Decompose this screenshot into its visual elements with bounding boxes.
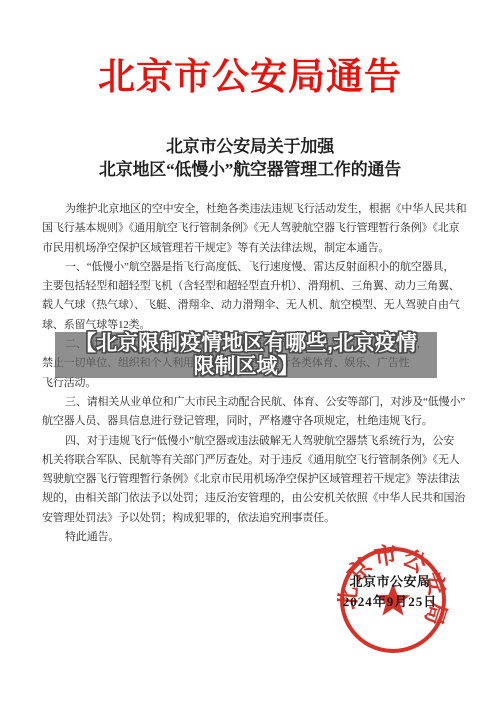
body-line: 规的，由相关部门依法予以处罚；违反治安管理的，由公安机关依照《中华人民共和国治 — [42, 489, 466, 508]
watermark-line2: 限制区域】 — [55, 355, 437, 378]
body-line: 为维护北京地区的空中安全，杜绝各类违法违规飞行活动发生，根据《中华人民共和 — [42, 200, 466, 219]
body-line: 国飞行基本规则》《通用航空飞行管制条例》《无人驾驶航空器飞行管理暂行条例》《北京 — [42, 219, 466, 238]
notice-subtitle: 北京市公安局关于加强 北京地区“低慢小”航空器管理工作的通告 — [0, 135, 500, 181]
body-line: 三、请相关从业单位和广大市民主动配合民航、体育、公安等部门，对涉及“低慢小” — [42, 393, 466, 412]
body-line: 四、对于违规飞行“低慢小”航空器或违法破解无人驾驶航空器禁飞系统行为，公安 — [42, 432, 466, 451]
watermark-line1: 【北京限制疫情地区有哪些,北京疫情 — [55, 332, 437, 355]
body-line: 主要包括轻型和超轻型飞机（含轻型和超轻型直升机）、滑翔机、三角翼、动力三角翼、 — [42, 277, 466, 296]
body-line: 机关将联合军队、民航等有关部门严厉查处。对于违反《通用航空飞行管制条例》《无人 — [42, 451, 466, 470]
signature-date: 2024年9月25日 — [331, 591, 449, 610]
notice-subtitle-line2: 北京地区“低慢小”航空器管理工作的通告 — [0, 158, 500, 181]
body-line: 载人气球（热气球）、飞艇、滑翔伞、动力滑翔伞、无人机、航空模型、无人驾驶自由气 — [42, 296, 466, 315]
notice-title: 北京市公安局通告 — [0, 57, 500, 99]
body-line: 驾驶航空器飞行管理暂行条例》《北京市民用机场净空保护区域管理若干规定》等法律法 — [42, 470, 466, 489]
body-line: 一、“低慢小”航空器是指飞行高度低、飞行速度慢、雷达反射面积小的航空器具， — [42, 258, 466, 277]
body-line: 安管理处罚法》予以处罚；构成犯罪的，依法追究刑事责任。 — [42, 509, 466, 528]
signature-authority: 北京市公安局 — [331, 571, 449, 590]
watermark-banner: 【北京限制疫情地区有哪些,北京疫情 限制区域】 — [55, 332, 437, 378]
notice-page: 北京市公安局通告 北京市公安局关于加强 北京地区“低慢小”航空器管理工作的通告 … — [0, 0, 500, 706]
body-line: 航空器人员、器具信息进行登记管理，同时，严格遵守各项规定，杜绝违规飞行。 — [42, 412, 466, 431]
body-line: 市民用机场净空保护区域管理若干规定》等有关法律法规，制定本通告。 — [42, 239, 466, 258]
notice-subtitle-line1: 北京市公安局关于加强 — [0, 135, 500, 158]
